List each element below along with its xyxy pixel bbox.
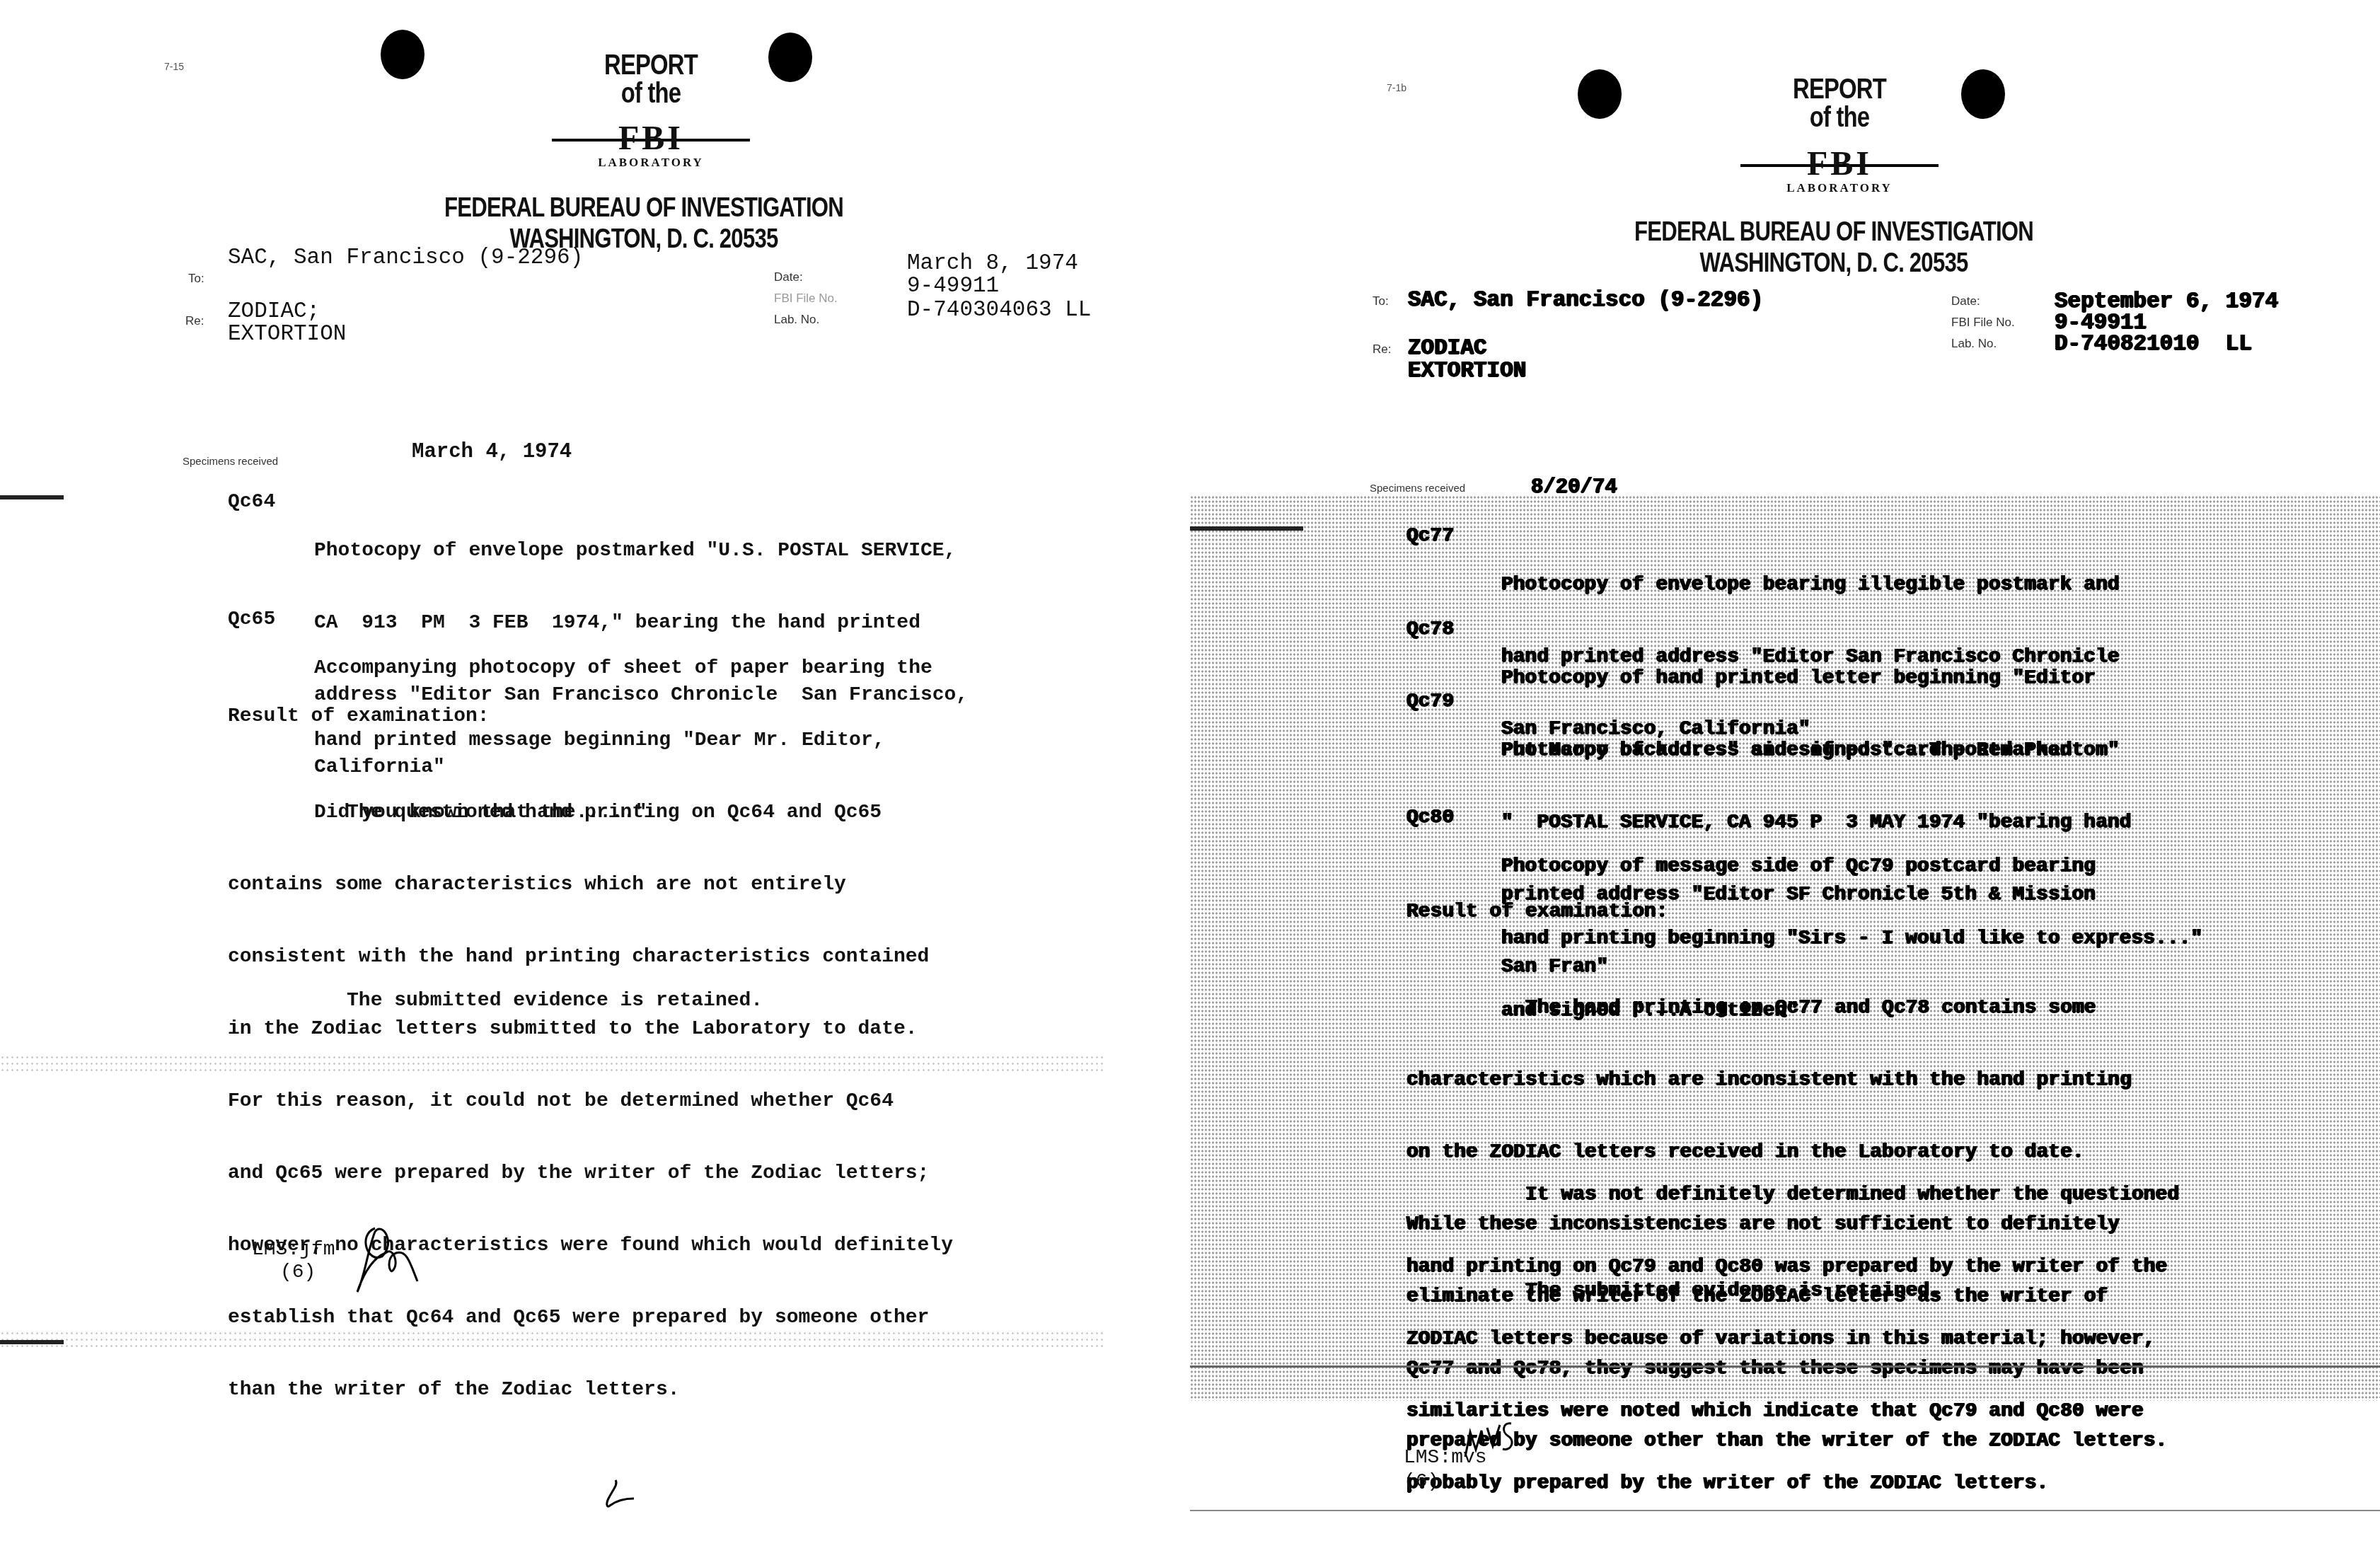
to-value: SAC, San Francisco (9-2296) — [228, 246, 583, 270]
file-no-value: 9-49911 — [907, 275, 999, 298]
re-line-1: ZODIAC; — [228, 300, 320, 323]
specimens-received-date: March 4, 1974 — [412, 440, 572, 463]
re-line-2: EXTORTION — [1408, 359, 1526, 383]
specimen-id: Qc77 — [1406, 525, 1454, 547]
date-label: Date: — [774, 270, 803, 284]
copy-edge-mark — [1190, 526, 1303, 531]
handwritten-signature-icon — [354, 1214, 439, 1299]
to-value: SAC, San Francisco (9-2296) — [1408, 289, 1763, 312]
fbi-report-march-1974: 7-15 REPORT of the FBI LABORATORY FEDERA… — [0, 0, 1190, 1565]
specimens-received-date: 8/20/74 — [1531, 475, 1617, 499]
re-line-1: ZODIAC — [1408, 337, 1487, 360]
typist-initials: LMS:jfm — [252, 1238, 335, 1261]
corner-mark: 7-15 — [164, 61, 184, 72]
lab-no-label: Lab. No. — [774, 313, 819, 327]
result-paragraph: It was not definitely determined whether… — [1406, 1135, 2179, 1544]
copy-edge-line — [1190, 1365, 2380, 1368]
punch-hole-right — [768, 33, 812, 82]
copies-count: (6) — [280, 1261, 316, 1284]
result-line: characteristics which are inconsistent w… — [1406, 1068, 2167, 1092]
result-line: ZODIAC letters because of variations in … — [1406, 1327, 2179, 1351]
specimen-id: Qc64 — [228, 491, 275, 513]
result-line: contains some characteristics which are … — [228, 873, 953, 897]
report-of-the: of the — [593, 79, 709, 108]
fbi-laboratory-logo: FBI LABORATORY — [538, 120, 764, 170]
logo-letters: FBI — [1726, 146, 1953, 183]
re-label: Re: — [185, 314, 204, 328]
specimen-line: hand printed message beginning "Dear Mr.… — [314, 729, 932, 753]
lab-no-label: Lab. No. — [1951, 337, 1997, 351]
result-heading: Result of examination: — [1406, 900, 1668, 924]
logo-laboratory: LABORATORY — [538, 156, 764, 170]
logo-letters: FBI — [538, 120, 764, 157]
handwritten-page-number-icon — [603, 1477, 638, 1513]
result-heading: Result of examination: — [228, 705, 490, 729]
logo-laboratory: LABORATORY — [1726, 181, 1953, 195]
file-no-label: FBI File No. — [774, 291, 838, 306]
retained-paragraph: The submitted evidence is retained. — [228, 989, 763, 1013]
result-line: It was not definitely determined whether… — [1406, 1183, 2179, 1207]
result-line: similarities were noted which indicate t… — [1406, 1399, 2179, 1423]
result-line: probably prepared by the writer of the Z… — [1406, 1472, 2179, 1496]
file-no-label: FBI File No. — [1951, 316, 2015, 330]
specimen-line: hand printing beginning "Sirs - I would … — [1501, 927, 2202, 951]
retained-paragraph: The submitted evidence is retained. — [1406, 1279, 1941, 1303]
specimen-line: Photocopy of envelope postmarked "U.S. P… — [314, 539, 968, 563]
result-line: and Qc65 were prepared by the writer of … — [228, 1162, 953, 1186]
specimen-line: Photocopy of address side of postcard po… — [1501, 739, 2132, 763]
re-label: Re: — [1373, 342, 1391, 357]
agency-name: FEDERAL BUREAU OF INVESTIGATION — [1631, 216, 2037, 248]
corner-mark: 7-1b — [1387, 82, 1406, 93]
agency-address: WASHINGTON, D. C. 20535 — [1654, 248, 2014, 279]
specimen-line: Photocopy of envelope bearing illegible … — [1501, 573, 2120, 597]
page-bottom-line — [1190, 1510, 2380, 1511]
copies-count: (6) — [1404, 1470, 1439, 1494]
specimens-received-label: Specimens received — [183, 456, 278, 468]
copy-noise-band — [0, 1330, 1104, 1347]
punch-hole-left — [381, 30, 424, 79]
result-line: however, no characteristics were found w… — [228, 1234, 953, 1258]
re-line-2: EXTORTION — [228, 323, 346, 346]
result-line: The questioned hand printing on Qc64 and… — [228, 801, 953, 825]
result-line: in the Zodiac letters submitted to the L… — [228, 1017, 953, 1041]
specimen-id: Qc80 — [1406, 807, 1454, 828]
result-line: establish that Qc64 and Qc65 were prepar… — [228, 1306, 953, 1330]
result-line: The hand printing on Qc77 and Qc78 conta… — [1406, 996, 2167, 1020]
fbi-report-september-1974: 7-1b REPORT of the FBI LABORATORY FEDERA… — [1190, 0, 2380, 1565]
result-line: than the writer of the Zodiac letters. — [228, 1378, 953, 1402]
lab-no-value: D-740304063 LL — [907, 299, 1091, 322]
copy-edge-mark — [0, 495, 64, 499]
punch-hole-left — [1578, 69, 1622, 119]
lab-no-value: D-740821010 LL — [2055, 333, 2252, 356]
report-title: REPORT — [1781, 75, 1897, 103]
to-label: To: — [1373, 294, 1389, 308]
agency-name: FEDERAL BUREAU OF INVESTIGATION — [441, 192, 847, 224]
specimen-line: Photocopy of hand printed letter beginni… — [1501, 666, 2120, 691]
date-value: March 8, 1974 — [907, 252, 1078, 275]
specimen-id: Qc65 — [228, 608, 275, 630]
report-title: REPORT — [593, 51, 709, 79]
report-of-the: of the — [1781, 103, 1897, 132]
result-line: For this reason, it could not be determi… — [228, 1090, 953, 1114]
punch-hole-right — [1961, 69, 2005, 119]
specimen-line: Accompanying photocopy of sheet of paper… — [314, 657, 932, 681]
specimens-received-label: Specimens received — [1370, 483, 1465, 495]
copy-edge-mark — [0, 1340, 64, 1344]
copy-noise-band — [0, 1054, 1104, 1075]
handwritten-initials-icon — [1462, 1418, 1518, 1460]
specimen-line: Photocopy of message side of Qc79 postca… — [1501, 855, 2202, 879]
to-label: To: — [188, 272, 204, 286]
specimen-id: Qc79 — [1406, 691, 1454, 712]
date-label: Date: — [1951, 294, 1980, 308]
fbi-laboratory-logo: FBI LABORATORY — [1726, 146, 1953, 195]
result-line: hand printing on Qc79 and Qc80 was prepa… — [1406, 1255, 2179, 1279]
result-line: consistent with the hand printing charac… — [228, 945, 953, 969]
specimen-id: Qc78 — [1406, 618, 1454, 640]
